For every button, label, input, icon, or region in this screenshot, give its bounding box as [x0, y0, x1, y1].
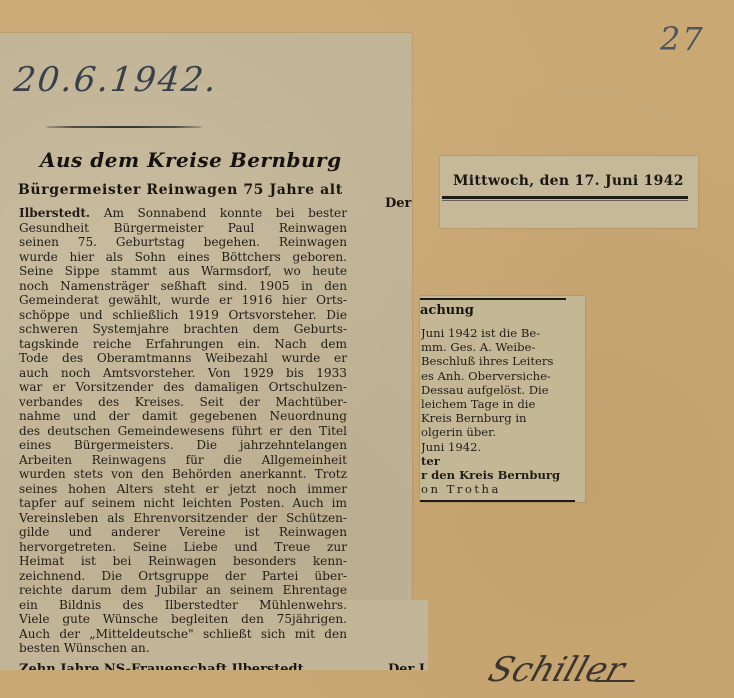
notice-line: olgerin über. — [421, 425, 577, 439]
article-line: nahme und der damit gegebenen Neuordnung — [19, 409, 347, 424]
handwritten-page-number: 27 — [660, 20, 705, 58]
article-line: eines Bürgermeisters. Die jahrzehntelang… — [19, 438, 347, 453]
date-strip-clipping — [440, 156, 698, 228]
article-line: schöppe und schließlich 1919 Ortsvorsteh… — [19, 308, 347, 323]
article-line: Gemeinderat gewählt, wurde er 1916 hier … — [19, 293, 347, 308]
notice-line: Juni 1942 ist die Be- — [421, 326, 577, 340]
article-line: wurde hier als Sohn eines Böttchers gebo… — [19, 250, 347, 265]
handwritten-signature: Schiller — [484, 650, 630, 690]
article-line: schweren Systemjahre brachten dem Geburt… — [19, 322, 347, 337]
pencil-underline — [46, 126, 202, 128]
dateline-rule — [442, 196, 688, 199]
article-line: Seine Sippe stammt aus Warmsdorf, wo heu… — [19, 264, 347, 279]
dateline: Ilberstedt. — [19, 206, 90, 220]
article-line: seinen 75. Geburtstag begehen. Reinwagen — [19, 235, 347, 250]
article-line: Auch der „Mitteldeutsche" schließt sich … — [19, 627, 347, 642]
article-headline: Bürgermeister Reinwagen 75 Jahre alt — [18, 182, 343, 198]
article-line: seines hohen Alters steht er jetzt noch … — [19, 482, 347, 497]
notice-line: mm. Ges. A. Weibe- — [421, 340, 577, 354]
article-line: ein Bildnis des Ilberstedter Mühlenwehrs… — [19, 598, 347, 613]
article-line: verbandes des Kreises. Seit der Machtübe… — [19, 395, 347, 410]
notice-signature-line: r den Kreis Bernburg — [421, 468, 577, 482]
section-title: Aus dem Kreise Bernburg — [40, 148, 342, 172]
notice-line: leichem Tage in die — [421, 397, 577, 411]
notice-line: Dessau aufgelöst. Die — [421, 383, 577, 397]
article-line: Arbeiten Reinwagens für die Allgemeinhei… — [19, 453, 347, 468]
notice-body: Juni 1942 ist die Be- mm. Ges. A. Weibe-… — [421, 326, 577, 496]
article-line: wurden stets von den Behörden anerkannt.… — [19, 467, 347, 482]
handwritten-date: 20.6.1942. — [12, 60, 220, 100]
article-line: Tode des Oberamtmanns Weibezahl wurde er — [19, 351, 347, 366]
article-body: Ilberstedt. Am Sonnabend konnte bei best… — [19, 206, 347, 656]
notice-heading: achung — [420, 303, 474, 318]
article-line: Vereinsleben als Ehrenvorsitzender der S… — [19, 511, 347, 526]
article-line: war er Vorsitzender des damaligen Ortsch… — [19, 380, 347, 395]
notice-rule-bottom — [420, 500, 575, 502]
notice-line: Beschluß ihres Leiters — [421, 354, 577, 368]
notice-rule-top — [420, 298, 566, 300]
article-line: Gesundheit Bürgermeister Paul Reinwagen — [19, 221, 347, 236]
article-line: Heimat ist bei Reinwagen besonders kenn- — [19, 554, 347, 569]
article-line: tapfer auf seinem nicht leichten Posten.… — [19, 496, 347, 511]
adjacent-column-fragment-top: Der — [385, 196, 411, 211]
article-line: tagskinde reiche Erfahrungen ein. Nach d… — [19, 337, 347, 352]
article-line: zeichnend. Die Ortsgruppe der Partei übe… — [19, 569, 347, 584]
dateline-rule-thin — [442, 200, 688, 201]
article-line: gilde und anderer Vereine ist Reinwagen — [19, 525, 347, 540]
notice-line: es Anh. Oberversiche- — [421, 369, 577, 383]
article-line: Viele gute Wünsche begleiten den 75jähri… — [19, 612, 347, 627]
notice-signature-name: on Trotha — [421, 482, 577, 496]
newspaper-dateline: Mittwoch, den 17. Juni 1942 — [453, 173, 684, 189]
article-line: auch noch Amtsvorsteher. Von 1929 bis 19… — [19, 366, 347, 381]
adjacent-column-fragment-bottom: Der L — [388, 661, 428, 670]
article-line: des deutschen Gemeindewesens führt er de… — [19, 424, 347, 439]
article-line: hervorgetreten. Seine Liebe und Treue zu… — [19, 540, 347, 555]
next-article-headline-cut: Zehn Jahre NS-Frauenschaft Ilberstedt — [19, 661, 304, 670]
article-line: besten Wünschen an. — [19, 641, 347, 656]
article-line: Ilberstedt. Am Sonnabend konnte bei best… — [19, 206, 347, 221]
notice-line: Juni 1942. — [421, 440, 577, 454]
notice-signature-line: ter — [421, 454, 577, 468]
scrapbook-page: 27 20.6.1942. Aus dem Kreise Bernburg Bü… — [0, 0, 734, 698]
article-line: noch Namensträger seßhaft sind. 1905 in … — [19, 279, 347, 294]
article-line: reichte darum dem Jubilar an seinem Ehre… — [19, 583, 347, 598]
notice-line: Kreis Bernburg in — [421, 411, 577, 425]
